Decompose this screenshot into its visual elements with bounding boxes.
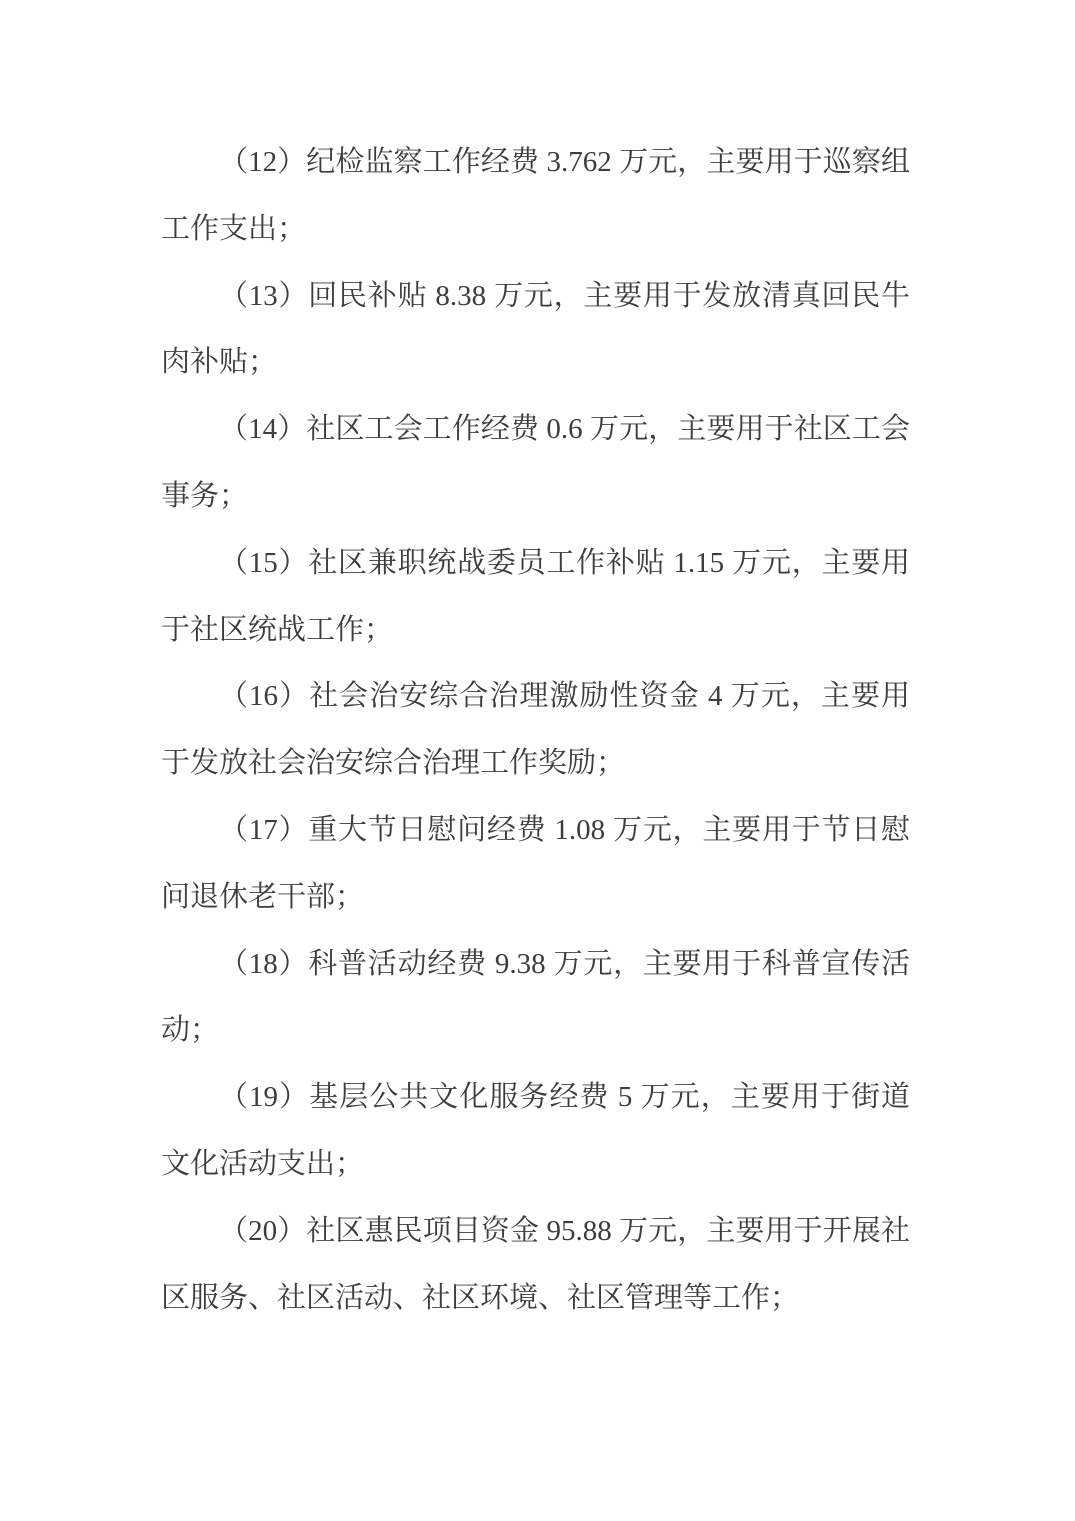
document-text-block: （12）纪检监察工作经费 3.762 万元，主要用于巡察组工作支出； （13）回… [161, 129, 910, 1331]
paragraph-item-18: （18）科普活动经费 9.38 万元，主要用于科普宣传活动； [161, 931, 910, 1065]
paragraph-item-12: （12）纪检监察工作经费 3.762 万元，主要用于巡察组工作支出； [161, 129, 910, 263]
paragraph-item-17: （17）重大节日慰问经费 1.08 万元，主要用于节日慰问退休老干部； [161, 797, 910, 931]
paragraph-item-14: （14）社区工会工作经费 0.6 万元，主要用于社区工会事务； [161, 396, 910, 530]
paragraph-item-15: （15）社区兼职统战委员工作补贴 1.15 万元，主要用于社区统战工作； [161, 530, 910, 664]
paragraph-item-20: （20）社区惠民项目资金 95.88 万元，主要用于开展社区服务、社区活动、社区… [161, 1198, 910, 1332]
document-page: （12）纪检监察工作经费 3.762 万元，主要用于巡察组工作支出； （13）回… [0, 0, 1075, 1521]
paragraph-item-16: （16）社会治安综合治理激励性资金 4 万元，主要用于发放社会治安综合治理工作奖… [161, 663, 910, 797]
paragraph-item-19: （19）基层公共文化服务经费 5 万元，主要用于街道文化活动支出； [161, 1064, 910, 1198]
paragraph-item-13: （13）回民补贴 8.38 万元，主要用于发放清真回民牛肉补贴； [161, 263, 910, 397]
